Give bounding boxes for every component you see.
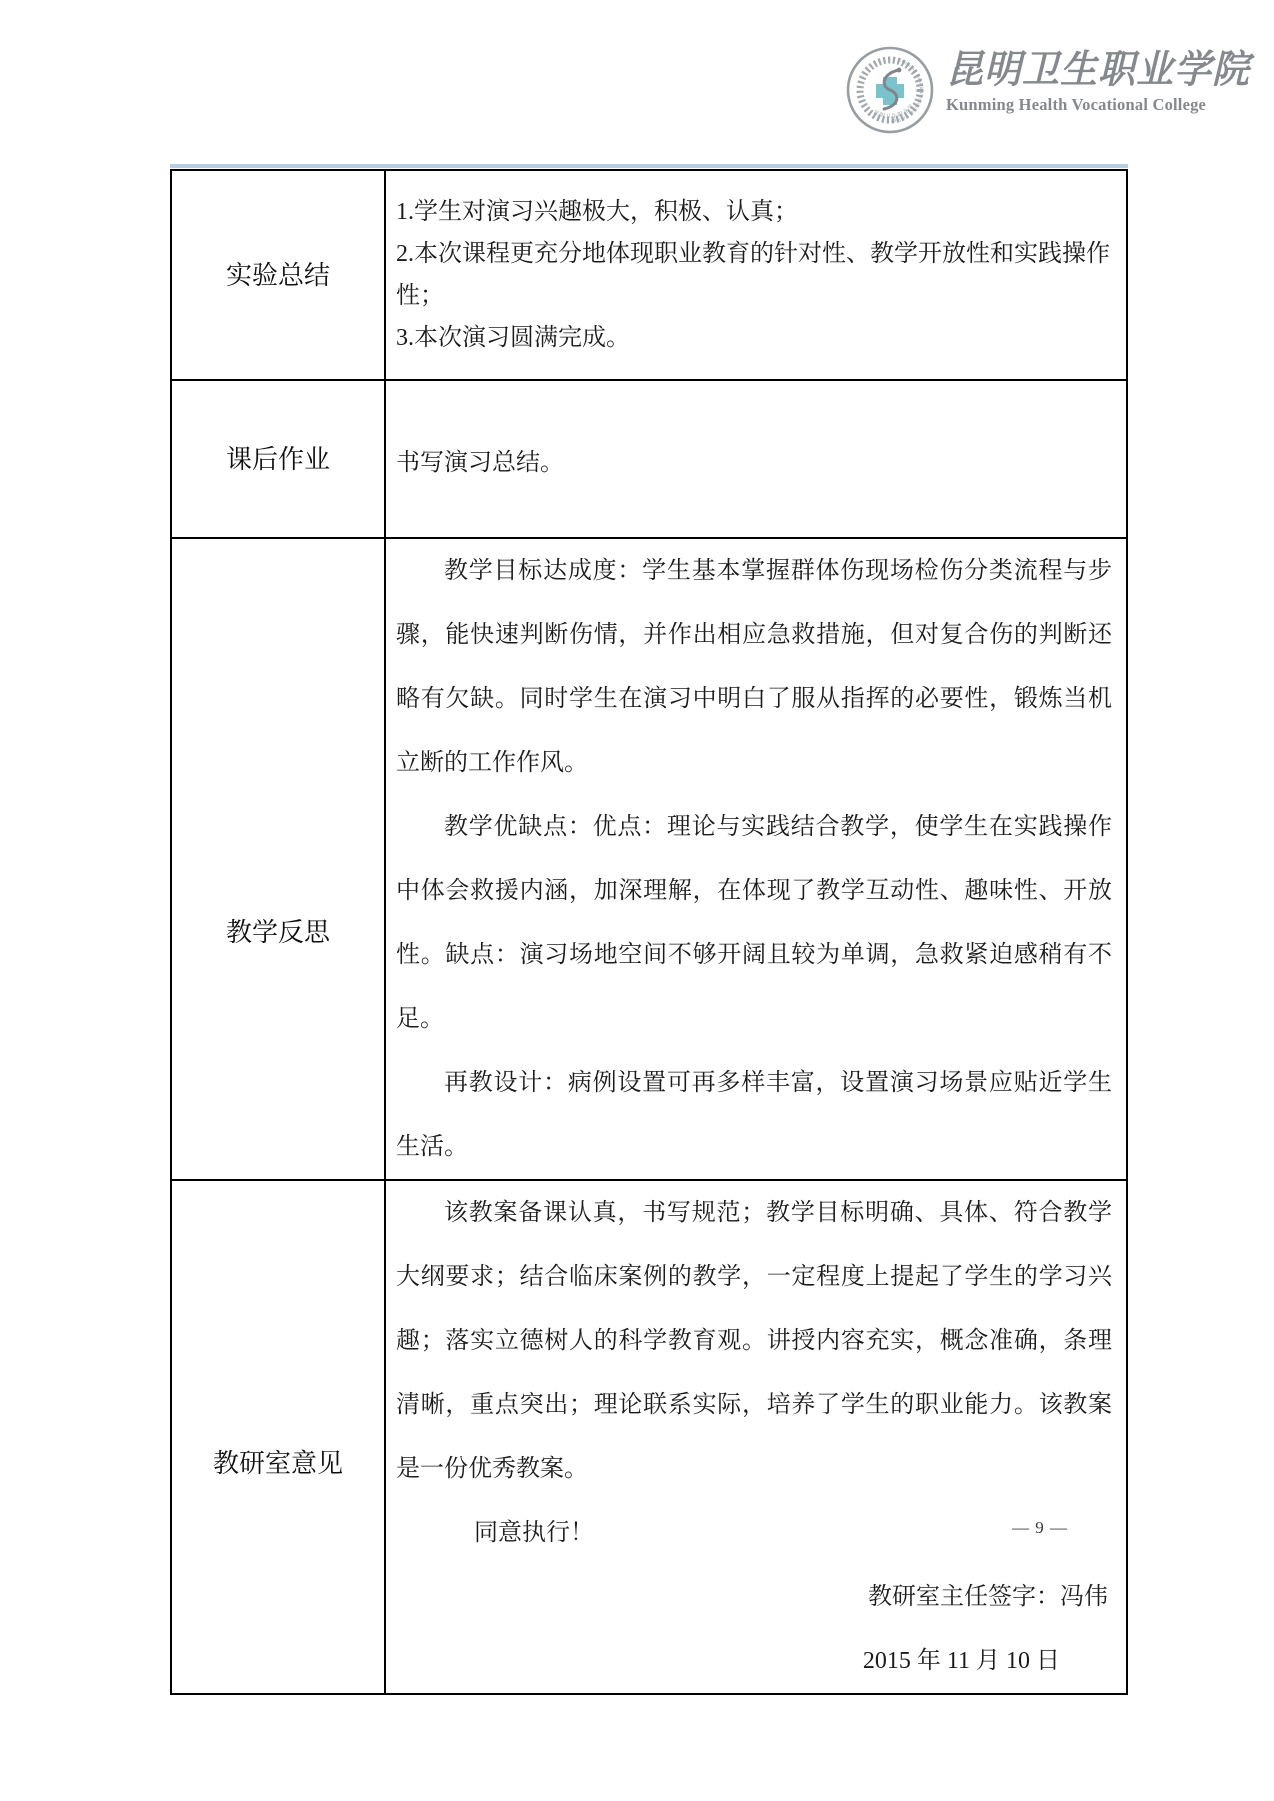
experiment-summary-cell: 1.学生对演习兴趣极大，积极、认真； 2.本次课程更充分地体现职业教育的针对性、… [385, 170, 1127, 380]
college-name-zh: 昆明卫生职业学院 [946, 50, 1250, 92]
svg-text:昆明卫生职业学院: 昆明卫生职业学院 [846, 46, 916, 120]
summary-line-3: 3.本次演习圆满完成。 [396, 317, 1112, 359]
row-label-experiment-summary: 实验总结 [171, 170, 385, 380]
table-row-teaching-reflection: 教学反思 教学目标达成度：学生基本掌握群体伤现场检伤分类流程与步骤，能快速判断伤… [171, 538, 1127, 1180]
table-row-office-opinion: 教研室意见 该教案备课认真，书写规范；教学目标明确、具体、符合教学大纲要求；结合… [171, 1180, 1127, 1694]
seal-arc-text-zh: 昆明卫生职业学院 [846, 46, 916, 120]
table-row-experiment-summary: 实验总结 1.学生对演习兴趣极大，积极、认真； 2.本次课程更充分地体现职业教育… [171, 170, 1127, 380]
opinion-paragraph: 该教案备课认真，书写规范；教学目标明确、具体、符合教学大纲要求；结合临床案例的教… [396, 1181, 1112, 1501]
college-letterhead: Kunming Health Vocational College 昆明卫生职业… [846, 46, 1256, 136]
reflection-paragraph-3: 再教设计：病例设置可再多样丰富，设置演习场景应贴近学生生活。 [396, 1051, 1112, 1179]
table-row-homework: 课后作业 书写演习总结。 [171, 380, 1127, 538]
reflection-paragraph-2: 教学优缺点：优点：理论与实践结合教学，使学生在实践操作中体会救援内涵，加深理解，… [396, 795, 1112, 1051]
homework-cell: 书写演习总结。 [385, 380, 1127, 538]
divider-line [170, 164, 1128, 168]
summary-line-1: 1.学生对演习兴趣极大，积极、认真； [396, 191, 1112, 233]
college-brand: 昆明卫生职业学院 Kunming Health Vocational Colle… [946, 46, 1250, 114]
lesson-plan-table: 实验总结 1.学生对演习兴趣极大，积极、认真； 2.本次课程更充分地体现职业教育… [170, 169, 1128, 1695]
row-label-homework: 课后作业 [171, 380, 385, 538]
row-label-teaching-reflection: 教学反思 [171, 538, 385, 1180]
signature-line: 教研室主任签字：冯伟 [396, 1565, 1112, 1629]
row-label-office-opinion: 教研室意见 [171, 1180, 385, 1694]
homework-text: 书写演习总结。 [396, 442, 1112, 477]
document-page: Kunming Health Vocational College 昆明卫生职业… [0, 0, 1274, 1801]
college-name-en: Kunming Health Vocational College [946, 96, 1250, 114]
reflection-paragraph-1: 教学目标达成度：学生基本掌握群体伤现场检伤分类流程与步骤，能快速判断伤情，并作出… [396, 539, 1112, 795]
date-line: 2015 年 11 月 10 日 [396, 1629, 1112, 1693]
summary-line-2: 2.本次课程更充分地体现职业教育的针对性、教学开放性和实践操作性； [396, 233, 1112, 317]
page-number: — 9 — [960, 1518, 1120, 1538]
office-opinion-cell: 该教案备课认真，书写规范；教学目标明确、具体、符合教学大纲要求；结合临床案例的教… [385, 1180, 1127, 1694]
college-seal-icon: Kunming Health Vocational College 昆明卫生职业… [846, 46, 934, 134]
teaching-reflection-cell: 教学目标达成度：学生基本掌握群体伤现场检伤分类流程与步骤，能快速判断伤情，并作出… [385, 538, 1127, 1180]
